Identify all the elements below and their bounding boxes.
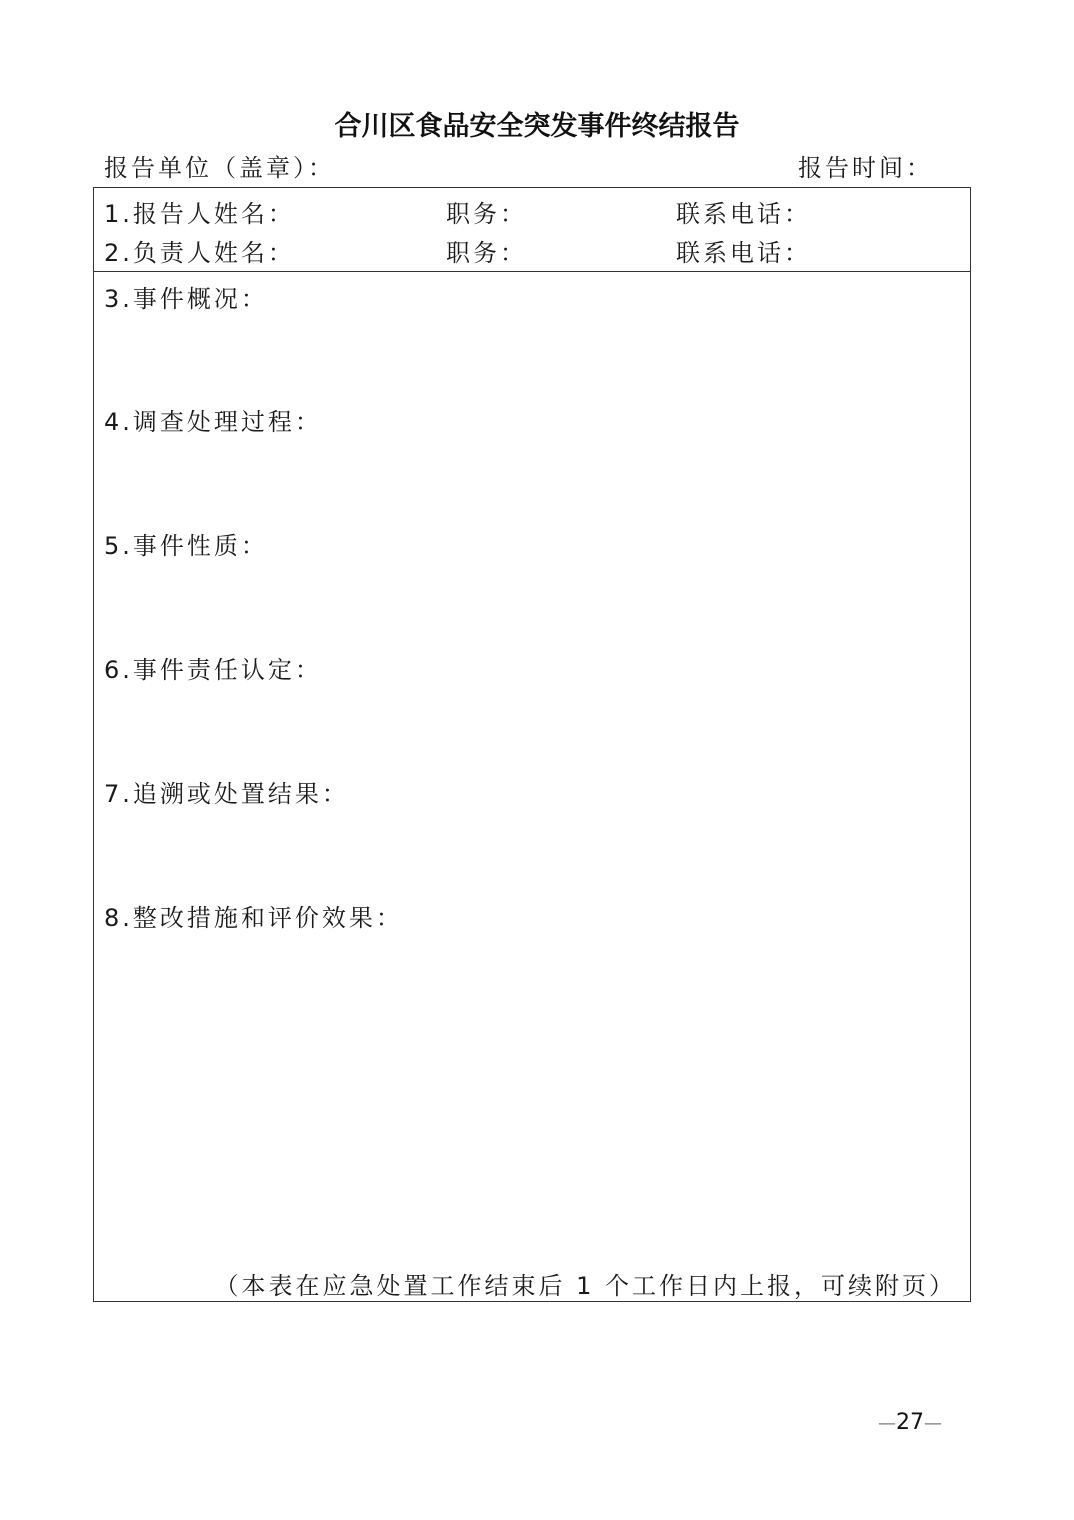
section-responsibility: 6.事件责任认定： bbox=[104, 650, 322, 685]
section-event-overview: 3.事件概况： bbox=[104, 279, 268, 314]
form-footnote: （本表在应急处置工作结束后 1 个工作日内上报，可续附页） bbox=[214, 1266, 956, 1301]
report-unit-label: 报告单位（盖章）： bbox=[104, 148, 335, 183]
responsible-position-label: 职务： bbox=[446, 233, 527, 268]
section-investigation-process: 4.调查处理过程： bbox=[104, 402, 322, 437]
page-dash-right: — bbox=[924, 1413, 942, 1434]
page-dash-left: — bbox=[878, 1413, 896, 1434]
contacts-block: 1.报告人姓名： 职务： 联系电话： 2.负责人姓名： 职务： 联系电话： bbox=[94, 188, 970, 272]
report-form-table: 1.报告人姓名： 职务： 联系电话： 2.负责人姓名： 职务： 联系电话： 3.… bbox=[93, 187, 971, 1302]
reporter-name-label: 1.报告人姓名： bbox=[104, 194, 295, 229]
document-title: 合川区食品安全突发事件终结报告 bbox=[0, 104, 1074, 143]
section-rectification: 8.整改措施和评价效果： bbox=[104, 898, 403, 933]
section-event-nature: 5.事件性质： bbox=[104, 526, 268, 561]
responsible-phone-label: 联系电话： bbox=[676, 233, 811, 268]
page-number-value: 27 bbox=[896, 1410, 924, 1435]
section-traceback-result: 7.追溯或处置结果： bbox=[104, 774, 349, 809]
reporter-position-label: 职务： bbox=[446, 194, 527, 229]
reporter-phone-label: 联系电话： bbox=[676, 194, 811, 229]
page-number: —27— bbox=[878, 1410, 942, 1435]
responsible-name-label: 2.负责人姓名： bbox=[104, 233, 295, 268]
report-time-label: 报告时间： bbox=[798, 148, 933, 183]
